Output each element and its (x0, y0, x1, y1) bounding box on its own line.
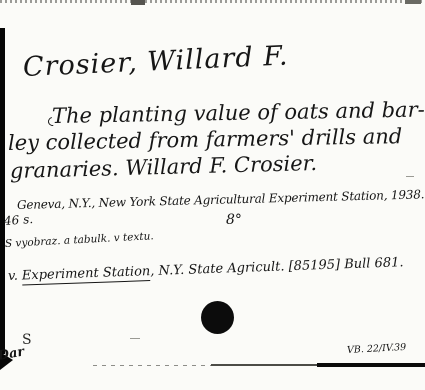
bottom-rule-black (317, 363, 425, 367)
scan-left-edge (0, 28, 5, 354)
scan-top-edge (0, 0, 425, 3)
scan-speckle (130, 338, 140, 339)
series-rest: , N.Y. State Agricult. [85195] Bull 681. (150, 255, 404, 279)
scan-top-corner-smudge (405, 0, 421, 4)
imprint-line: Geneva, N.Y., New York State Agricultura… (17, 187, 425, 212)
scan-top-smudge (131, 0, 145, 5)
bottom-rule-mid (211, 364, 317, 366)
format-note: 8° (226, 212, 242, 228)
gift-note: Dar (0, 345, 25, 364)
series-reference: v.Experiment Station, N.Y. State Agricul… (8, 255, 404, 284)
punch-hole (201, 301, 234, 334)
bottom-rule-dashed (93, 365, 211, 366)
title-line-3: granaries. Willard F. Crosier. (10, 151, 318, 183)
title-line-1: The planting value of oats and bar- (52, 97, 425, 128)
pagination-note: 46 s. (4, 212, 34, 228)
illustration-note: S vyobraz. a tabulk. v textu. (5, 230, 154, 250)
series-prefix: v. (8, 269, 18, 284)
accession-note: VB. 22/IV.39 (347, 342, 407, 356)
catalog-card-scan: Crosier, Willard F. The planting value o… (0, 0, 425, 390)
title-line-2: ley collected from farmers' drills and (8, 124, 403, 155)
series-underlined-heading: Experiment Station (22, 264, 151, 285)
author-heading: Crosier, Willard F. (22, 40, 289, 83)
scan-speckle (406, 176, 414, 177)
